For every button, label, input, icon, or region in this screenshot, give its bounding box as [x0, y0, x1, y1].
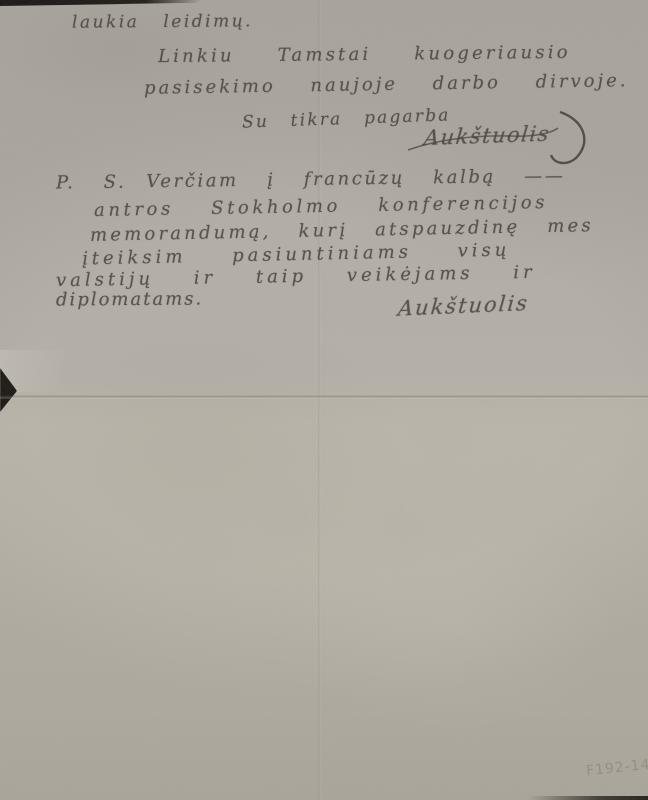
letter-wish-line-1: Linkiu Tamstai kuogeriausio [158, 42, 571, 67]
scan-edge-artifact-bottom [528, 796, 648, 800]
postscript-line-6: diplomatams. [56, 288, 203, 310]
fold-crease-horizontal [0, 395, 648, 399]
letter-scan-page: laukia leidimų. Linkiu Tamstai kuogeriau… [0, 0, 648, 800]
postscript-label: P. S. [56, 172, 127, 194]
letter-opening-fragment: laukia leidimų. [72, 11, 253, 32]
signature-flourish [402, 108, 602, 172]
